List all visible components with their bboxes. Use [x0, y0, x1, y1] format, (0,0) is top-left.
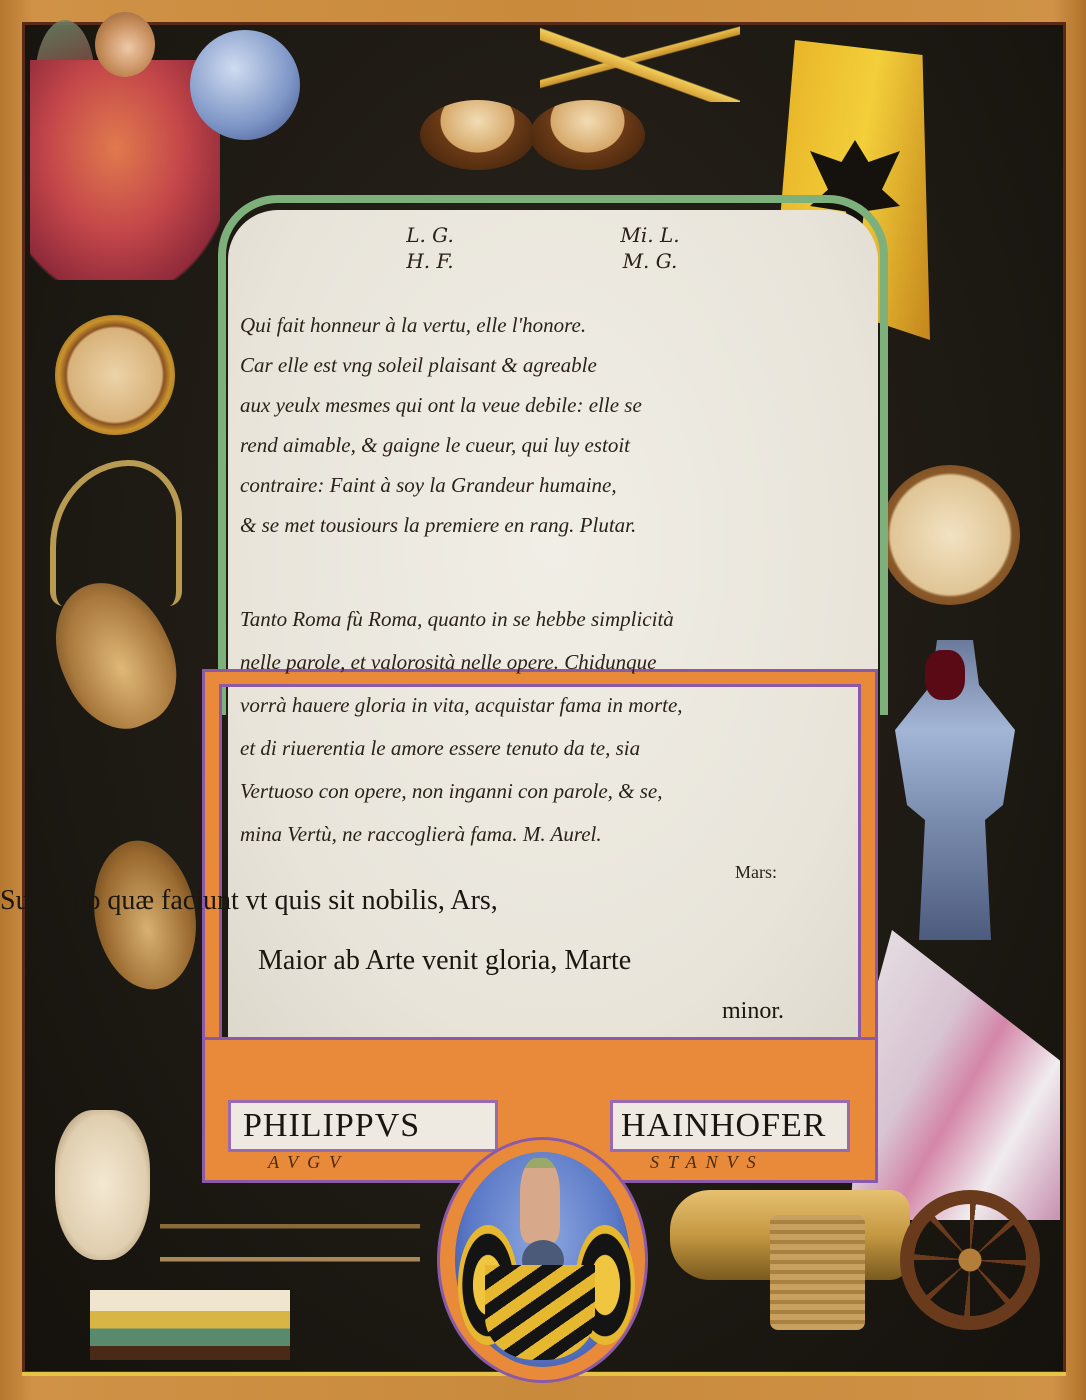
angel-head-icon — [95, 12, 155, 77]
signature-sub-left: AVGV — [268, 1152, 349, 1173]
wheel-icon — [900, 1190, 1040, 1330]
helmet-visor-icon — [925, 650, 965, 700]
globe-icon — [190, 30, 300, 140]
text-line: aux yeulx mesmes qui ont la veue debile:… — [240, 385, 870, 425]
verse-line: Sunt duo quæ faciunt vt quis sit nobilis… — [0, 885, 498, 917]
monogram-left-bottom: H. F. — [365, 248, 495, 274]
text-line: mina Vertù, ne raccoglierà fama. M. Aure… — [240, 813, 870, 856]
text-line: nelle parole, et valorosità nelle opere.… — [240, 641, 870, 684]
monogram-right-bottom: M. G. — [590, 248, 710, 274]
monogram-right-top: Mi. L. — [590, 222, 710, 248]
text-line: Vertuoso con opere, non inganni con paro… — [240, 770, 870, 813]
text-line: vorrà hauere gloria in vita, acquistar f… — [240, 684, 870, 727]
text-line: contraire: Faint à soy la Grandeur humai… — [240, 465, 870, 505]
side-drum-icon — [880, 465, 1020, 605]
text-line: Tanto Roma fù Roma, quanto in se hebbe s… — [240, 598, 870, 641]
books-icon — [90, 1290, 290, 1360]
signature-first-name: PHILIPPVS — [228, 1100, 498, 1152]
tambourine-icon — [55, 315, 175, 435]
kettle-drum-icon — [420, 100, 535, 170]
monogram-right: Mi. L. M. G. — [590, 222, 710, 274]
monogram-left: L. G. H. F. — [365, 222, 495, 274]
shield-icon — [485, 1265, 595, 1360]
french-passage: Qui fait honneur à la vertu, elle l'hono… — [240, 305, 870, 545]
signature-surname: HAINHOFER — [610, 1100, 850, 1152]
viol-icon — [55, 1110, 150, 1260]
basket-icon — [770, 1215, 865, 1330]
text-line: et di riuerentia le amore essere tenuto … — [240, 727, 870, 770]
monogram-left-top: L. G. — [365, 222, 495, 248]
text-line: Qui fait honneur à la vertu, elle l'hono… — [240, 305, 870, 345]
text-line: & se met tousiours la premiere en rang. … — [240, 505, 870, 545]
text-line: Car elle est vng soleil plaisant & agrea… — [240, 345, 870, 385]
kettle-drum-icon — [530, 100, 645, 170]
italian-passage: Tanto Roma fù Roma, quanto in se hebbe s… — [240, 598, 870, 856]
wild-man-crest-icon — [520, 1158, 560, 1243]
text-line: rend aimable, & gaigne le cueur, qui luy… — [240, 425, 870, 465]
trumpets-icon — [540, 22, 740, 102]
verse-line: minor. — [722, 998, 784, 1025]
signature-sub-right: STANVS — [650, 1152, 765, 1173]
marginal-note: Mars: — [735, 862, 777, 883]
verse-line: Maior ab Arte venit gloria, Marte — [258, 945, 631, 977]
scientific-instruments-icon — [160, 1180, 420, 1290]
